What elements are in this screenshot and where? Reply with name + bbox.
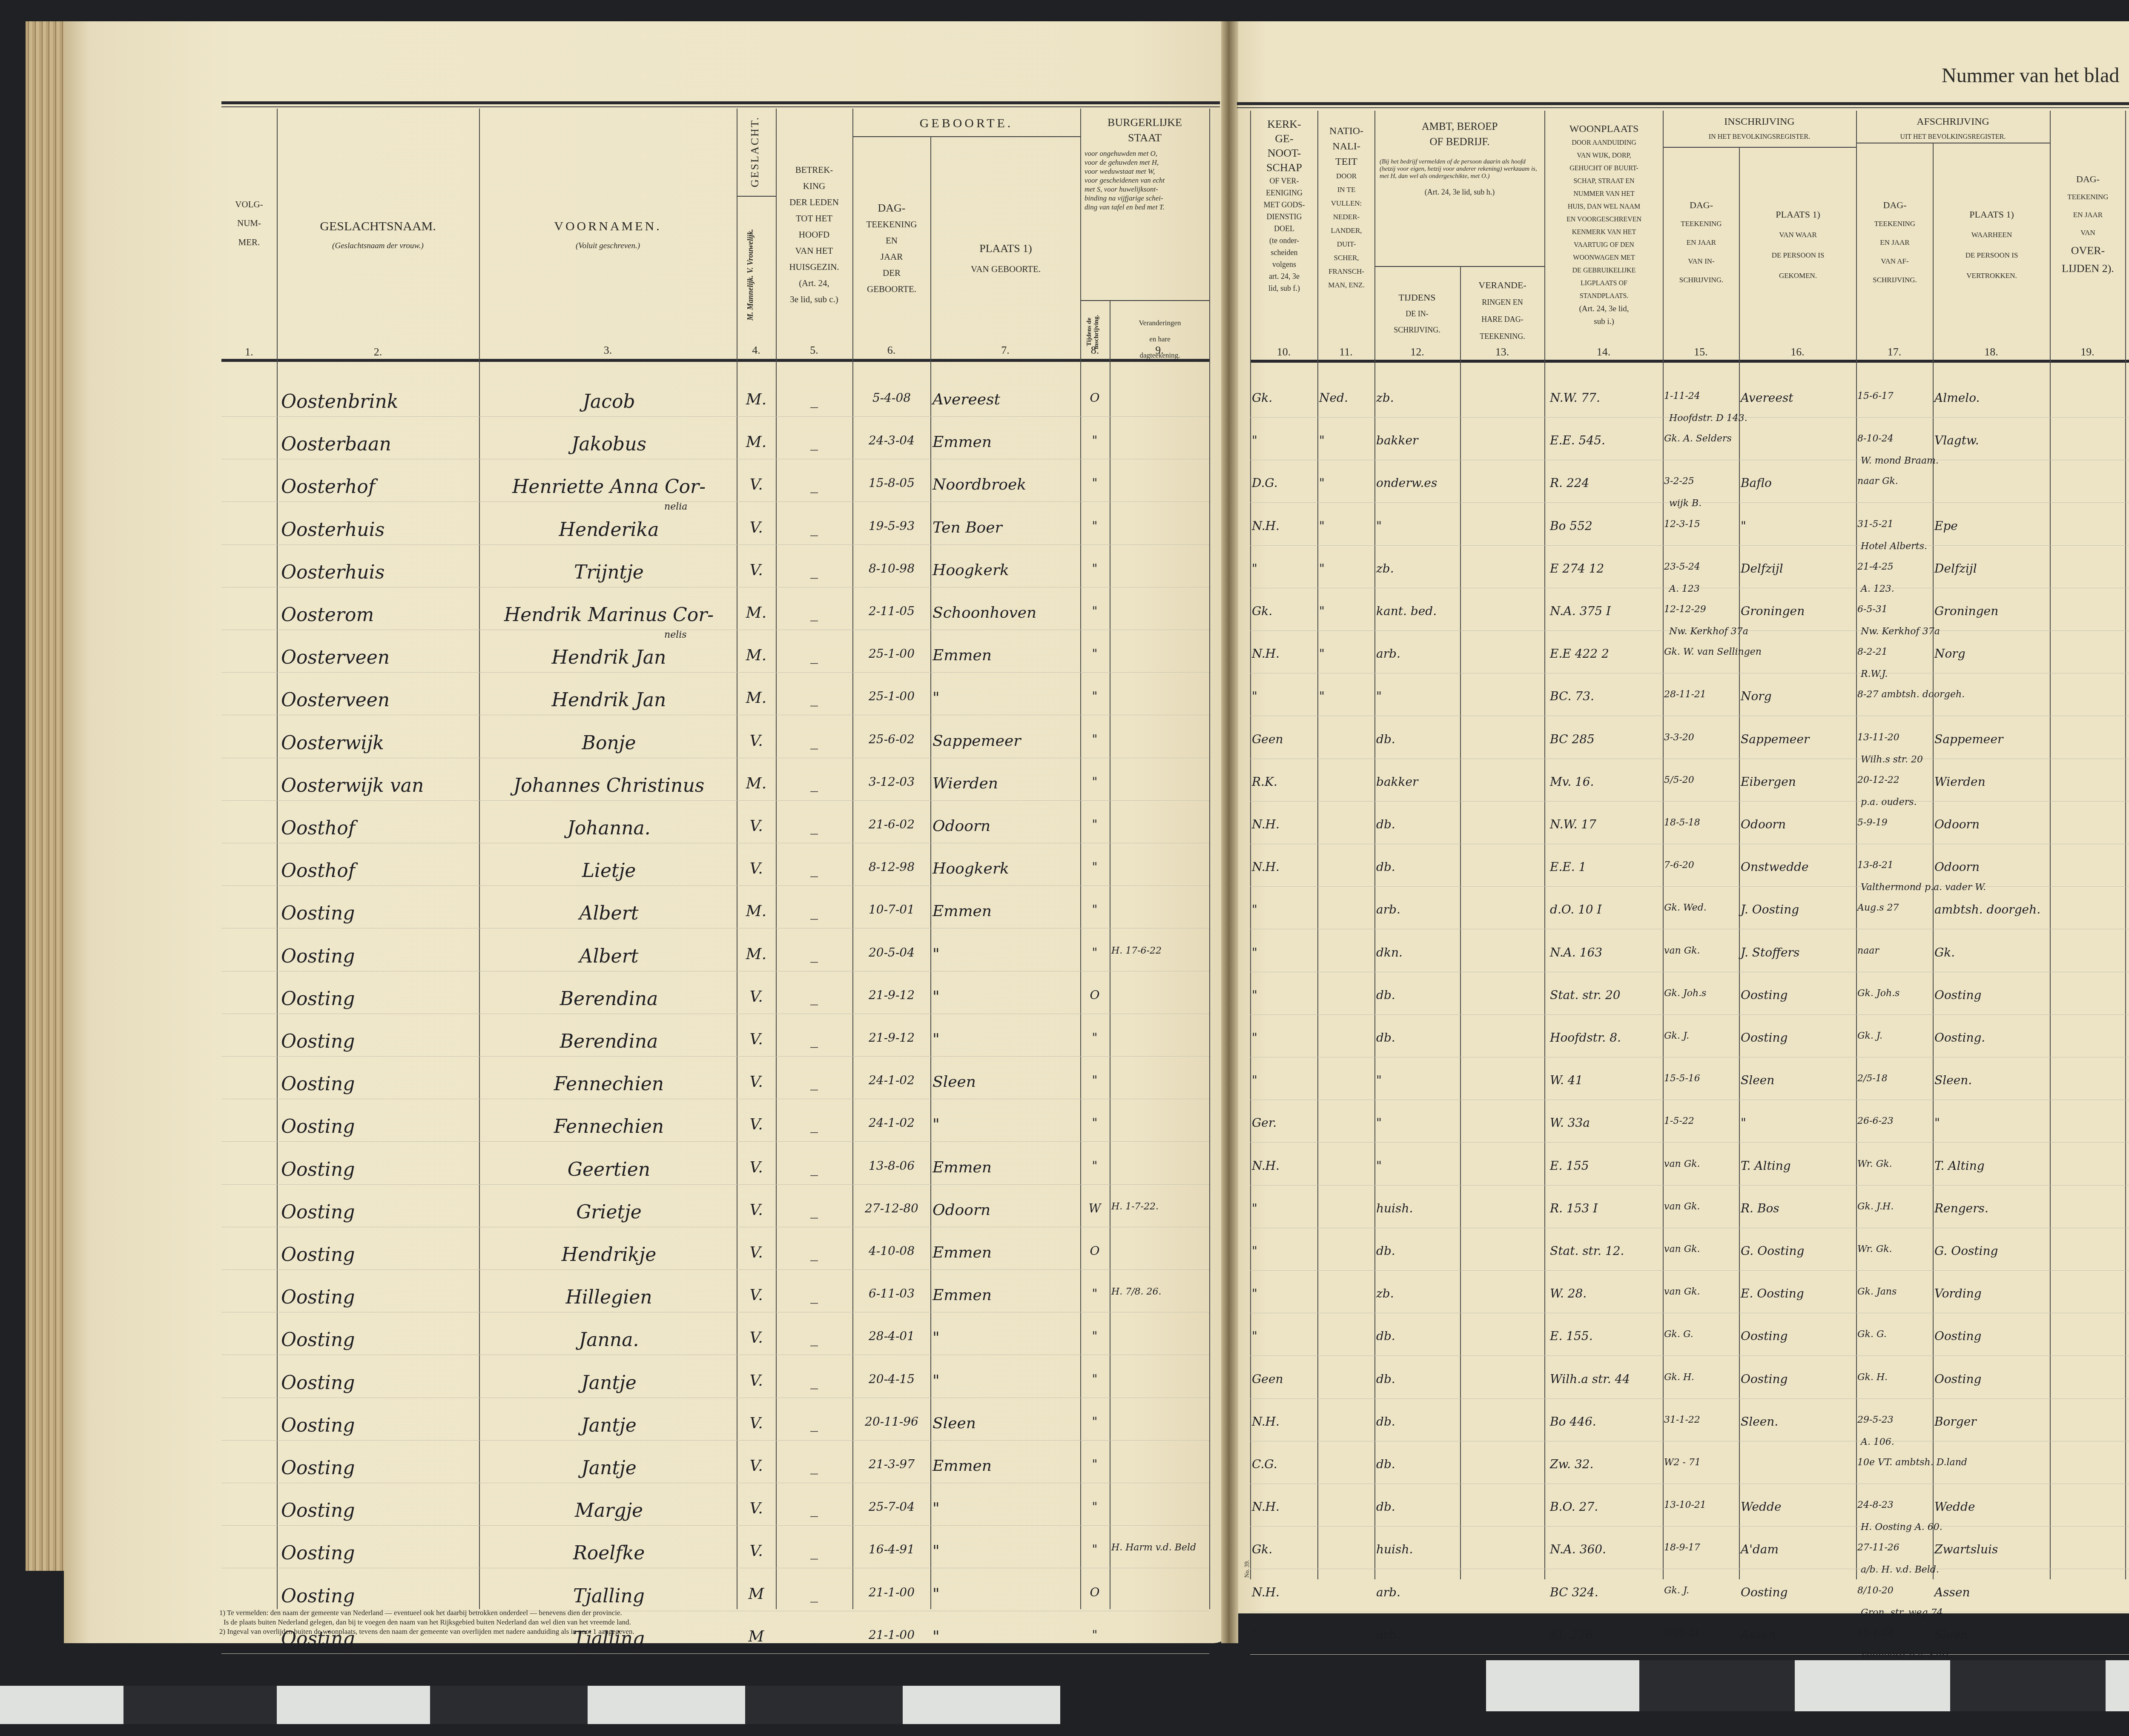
cell-rel: _ <box>777 1244 852 1261</box>
cell-out-date: 27-11-26 <box>1857 1542 1932 1553</box>
cell-in-place: Sleen. <box>1741 1415 1855 1429</box>
cell-bdate: 25-7-04 <box>853 1500 930 1514</box>
header-title: GESLACHTSNAAM. <box>277 217 479 236</box>
cell-out-date: 29-5-23 <box>1857 1415 1932 1425</box>
cell-given: Margje <box>481 1500 737 1521</box>
header-line: WOONWAGEN MET <box>1545 252 1663 264</box>
cell-civil: " <box>1081 775 1109 789</box>
col-num-18: 18. <box>1933 346 2050 358</box>
cell-sex: V. <box>737 476 775 493</box>
cell-address: Bo 446. <box>1550 1415 1661 1429</box>
sheet-number-label: Nummer van het blad <box>1942 64 2119 87</box>
header-line: KERK- <box>1251 117 1317 132</box>
cell-nat: " <box>1319 604 1374 618</box>
cell-in-place: Avereest <box>1741 391 1855 405</box>
header-overlijden: DAG- TEEKENING EN JAAR VAN OVER- LIJDEN … <box>2051 170 2125 278</box>
header-line: VAARTUIG OF DEN <box>1545 239 1663 252</box>
cell-address: E. 155. <box>1550 1329 1661 1343</box>
row-rule-right <box>1250 1484 2129 1484</box>
col-line <box>479 109 480 1609</box>
cell-civil: " <box>1081 476 1109 490</box>
cell-sex: V. <box>737 817 775 835</box>
header-line: EN JAAR <box>1664 233 1739 252</box>
header-plaats-van-waar: PLAATS 1) VAN WAAR DE PERSOON IS GEKOMEN… <box>1740 204 1856 286</box>
cell-out-date: 6-5-31 <box>1857 604 1932 615</box>
cell-out-date: Wr. Gk. <box>1857 1159 1932 1169</box>
cell-in-place: Oosting <box>1741 1031 1855 1045</box>
cell-out-place: Delfzijl <box>1934 561 2049 576</box>
header-burgerlijke-staat: BURGERLIJKE STAAT voor ongehuwden met O,… <box>1080 115 1209 212</box>
row-rule-right <box>1250 1313 2129 1313</box>
header-title: WOONPLAATS <box>1545 121 1663 137</box>
cell-surname: Oosting <box>281 1116 477 1137</box>
cell-given-cont: nelia <box>664 501 687 512</box>
cell-surname: Oosting <box>281 902 477 924</box>
row-rule-right <box>1250 1057 2129 1057</box>
row-rule-right <box>1250 972 2129 972</box>
col-num-17: 17. <box>1856 346 1933 358</box>
cell-civil-change: H. 1-7-22. <box>1111 1201 1208 1212</box>
cell-bdate: 10-7-01 <box>853 902 930 917</box>
col-num-13: 13. <box>1460 346 1544 358</box>
cell-bplace: Hoogkerk <box>933 860 1079 877</box>
cell-bplace: " <box>933 1031 1079 1048</box>
cell-rel: _ <box>777 775 852 792</box>
cell-bplace: " <box>933 1585 1079 1603</box>
header-line: RINGEN EN <box>1460 294 1544 311</box>
row-rule-left <box>221 1440 1209 1441</box>
row-rule-left <box>221 1355 1209 1355</box>
cell-sex: V. <box>737 860 775 877</box>
cell-out-date: 13-11-20 <box>1857 732 1932 743</box>
header-line: FRANSCH- <box>1318 265 1374 278</box>
cell-given: Hendrikje <box>481 1244 737 1266</box>
cell-in-date: 18-5-18 <box>1664 817 1739 828</box>
cell-in-place: Groningen <box>1741 604 1855 618</box>
cell-rel: _ <box>777 604 852 622</box>
cell-given: Grietje <box>481 1201 737 1223</box>
cell-surname: Oosting <box>281 1329 477 1351</box>
ambt-subrule <box>1374 266 1544 267</box>
header-line: EN VOORGESCHREVEN <box>1545 213 1663 226</box>
header-line: Veranderingen <box>1110 315 1209 331</box>
cell-in-note: Hoofdstr. D 143. <box>1669 413 1747 424</box>
cell-bplace: " <box>933 1372 1079 1389</box>
cell-civil: " <box>1081 1415 1109 1429</box>
cell-given: Henriette Anna Cor- <box>481 476 737 498</box>
header-volgnummer: VOLG- NUM- MER. <box>224 198 275 249</box>
cell-sex: M. <box>737 945 775 963</box>
cell-out-date: Gk. J. <box>1857 1031 1932 1041</box>
cell-surname: Oosting <box>281 1201 477 1223</box>
cell-bdate: 21-9-12 <box>853 1031 930 1045</box>
cell-rel: _ <box>777 433 852 451</box>
cell-surname: Oosting <box>281 1542 477 1564</box>
cell-bdate: 4-10-08 <box>853 1244 930 1258</box>
cell-surname: Oosterom <box>281 604 477 626</box>
header-line: NEDER- <box>1318 210 1374 224</box>
cell-given: Albert <box>481 902 737 924</box>
header-line: DIENSTIG <box>1251 211 1317 223</box>
row-rule-right <box>1250 545 2129 546</box>
cell-out-place: ambtsh. doorgeh. <box>1934 902 2049 917</box>
cell-surname: Oosting <box>281 1031 477 1052</box>
row-rule-left <box>221 928 1209 928</box>
cell-in-place: Oosting <box>1741 1372 1855 1386</box>
col-num-7: 7. <box>930 344 1080 357</box>
row-rule-right <box>1250 1526 2129 1527</box>
cell-sex: M. <box>737 433 775 451</box>
header-line: DER LEDEN <box>777 194 852 210</box>
cell-church: " <box>1252 1073 1317 1087</box>
cell-bdate: 28-4-01 <box>853 1329 930 1343</box>
cell-occ: db. <box>1376 860 1459 874</box>
cell-bplace: " <box>933 689 1079 707</box>
cell-in-place: R. Bos <box>1741 1201 1855 1215</box>
row-rule-left <box>221 1653 1209 1654</box>
inschrijving-subrule <box>1663 147 1856 148</box>
cell-out-place: Oosting <box>1934 988 2049 1002</box>
cell-in-place: J. Stoffers <box>1741 945 1855 960</box>
cell-out-note: Nw. Kerkhof 37a <box>1861 626 1940 637</box>
cell-out-place: Gk. <box>1934 945 2049 960</box>
header-line: NOOT- <box>1251 146 1317 160</box>
cell-rel: _ <box>777 817 852 835</box>
row-rule-left <box>221 416 1209 417</box>
cell-church: " <box>1252 1628 1317 1642</box>
col-line <box>2050 111 2051 1579</box>
cell-bplace: Wierden <box>933 775 1079 792</box>
header-line: TEEKENING <box>2051 188 2125 206</box>
cell-bdate: 6-11-03 <box>853 1286 930 1301</box>
header-bottom-rule-right <box>1250 360 2129 363</box>
row-rule-right <box>1250 1569 2129 1569</box>
cell-address: Hoofdstr. 8. <box>1550 1031 1661 1045</box>
cell-bdate: 2-11-05 <box>853 604 930 618</box>
cell-out-place: Rengers. <box>1934 1201 2049 1215</box>
col-line <box>930 136 931 1609</box>
col-num-3: 3. <box>479 344 737 357</box>
cell-civil: O <box>1081 391 1109 405</box>
cell-bplace: Odoorn <box>933 1201 1079 1219</box>
cell-bdate: 21-3-97 <box>853 1457 930 1471</box>
row-rule-left <box>221 544 1209 545</box>
cell-church: " <box>1252 1286 1317 1301</box>
header-line: GE- <box>1251 132 1317 146</box>
cell-civil: " <box>1081 433 1109 447</box>
cell-in-date: Gk. Joh.s <box>1664 988 1739 999</box>
cell-civil: " <box>1081 647 1109 661</box>
cell-sex: V. <box>737 1372 775 1389</box>
cell-church: " <box>1252 1329 1317 1343</box>
cell-sex: V. <box>737 732 775 750</box>
cell-in-date: van Gk. <box>1664 1286 1739 1297</box>
cell-surname: Oosting <box>281 945 477 967</box>
header-title: STAAT <box>1080 130 1209 146</box>
header-plaats-waarheen: PLAATS 1) WAARHEEN DE PERSOON IS VERTROK… <box>1934 204 2050 286</box>
row-rule-left <box>221 800 1209 801</box>
cell-sex: V. <box>737 1500 775 1517</box>
cell-given: Berendina <box>481 1031 737 1052</box>
header-line: EN JAAR <box>1857 233 1933 252</box>
cell-rel: _ <box>777 391 852 408</box>
cell-occ: db. <box>1376 1415 1459 1429</box>
row-rule-right <box>1250 460 2129 460</box>
cell-out-date: 8/10-20 <box>1857 1585 1932 1596</box>
cell-address: R. 153 I <box>1550 1201 1661 1215</box>
geslacht-subrule <box>737 196 776 197</box>
cell-out-date: Aug.s 27 <box>1857 902 1932 913</box>
header-line: NUMMER VAN HET <box>1545 188 1663 201</box>
header-dagteekening-inschrijving: DAG- TEEKENING EN JAAR VAN IN- SCHRIJVIN… <box>1664 196 1739 289</box>
cell-given: Geertien <box>481 1159 737 1180</box>
cell-occ: arb. <box>1376 1628 1459 1642</box>
cell-sex: M. <box>737 902 775 920</box>
cell-rel: _ <box>777 1031 852 1048</box>
cell-rel: _ <box>777 1159 852 1176</box>
cell-in-place: Oosting <box>1741 1585 1855 1599</box>
cell-surname: Oosting <box>281 988 477 1010</box>
cell-in-place: Onstwedde <box>1741 860 1855 874</box>
header-title: INSCHRIJVING <box>1663 114 1856 129</box>
cell-church: N.H. <box>1252 1500 1317 1514</box>
cell-bplace: " <box>933 1628 1079 1645</box>
cell-sex: V. <box>737 1073 775 1091</box>
row-rule-left <box>221 1141 1209 1142</box>
cell-out-date: 26-6-23 <box>1857 1116 1932 1126</box>
cell-bplace: Emmen <box>933 1286 1079 1304</box>
cell-occ: db. <box>1376 1329 1459 1343</box>
cell-given: Jacob <box>481 391 737 413</box>
cell-address: E.E. 1 <box>1550 860 1661 874</box>
cell-civil: " <box>1081 1159 1109 1173</box>
cell-out-place: Vording <box>1934 1286 2049 1301</box>
cell-out-date: 24-8-23 <box>1857 1500 1932 1510</box>
cell-in-date: Gk. J. <box>1664 1031 1739 1041</box>
cell-sex: V. <box>737 988 775 1006</box>
header-line: DAG- <box>1857 196 1933 215</box>
cell-church: Gk. <box>1252 604 1317 618</box>
ambt-article: (Art. 24, 3e lid, sub h.) <box>1376 184 1543 200</box>
cell-bplace: Schoonhoven <box>933 604 1079 622</box>
cell-out-date: 13-8-21 <box>1857 860 1932 871</box>
cell-in-date: 31-1-22 <box>1664 1415 1739 1425</box>
cell-occ: " <box>1376 1116 1459 1130</box>
cell-address: N.A. 375 I <box>1550 604 1661 618</box>
cell-given: Hendrik Marinus Cor- <box>481 604 737 626</box>
cell-rel: _ <box>777 1628 852 1645</box>
cell-church: R.K. <box>1252 775 1317 789</box>
calibration-scale-left <box>0 1686 1073 1724</box>
cell-in-date: 5/5-20 <box>1664 775 1739 785</box>
cell-rel: _ <box>777 647 852 664</box>
cell-civil-change: H. 17-6-22 <box>1111 945 1208 956</box>
cell-out-place: Odoorn <box>1934 817 2049 831</box>
cell-bplace: Sleen <box>933 1073 1079 1091</box>
cell-rel: _ <box>777 689 852 707</box>
col-line <box>1856 111 1857 1579</box>
cell-in-date: van Gk. <box>1664 945 1739 956</box>
header-line: MER. <box>224 236 275 249</box>
cell-address: W. 28. <box>1550 1286 1661 1301</box>
cell-church: " <box>1252 561 1317 576</box>
cell-sex: V. <box>737 1244 775 1261</box>
header-geslachtsnaam: GESLACHTSNAAM. (Geslachtsnaam der vrouw.… <box>277 217 479 252</box>
header-line: DOOR <box>1318 169 1374 183</box>
cell-church: " <box>1252 988 1317 1002</box>
cell-church: N.H. <box>1252 817 1317 831</box>
cell-in-place: Sleen <box>1741 1073 1855 1087</box>
col-num-19: 19. <box>2050 346 2125 358</box>
row-rule-right <box>1250 1654 2129 1655</box>
header-line: HOOFD <box>777 226 852 243</box>
cell-civil: " <box>1081 1500 1109 1514</box>
cell-given: Fennechien <box>481 1073 737 1095</box>
cell-out-place: Groningen <box>1934 604 2049 618</box>
cell-out-place: Odoorn <box>1934 860 2049 874</box>
cell-out-note: a/b. H. v.d. Beld. <box>1861 1564 1939 1575</box>
row-rule-left <box>221 1483 1209 1483</box>
cell-occ: db. <box>1376 988 1459 1002</box>
row-rule-right <box>1250 886 2129 887</box>
cell-sex: V. <box>737 1159 775 1176</box>
cell-occ: dkn. <box>1376 945 1459 960</box>
cell-out-place: Oosting <box>1934 1329 2049 1343</box>
cell-address: Stat. str. 20 <box>1550 988 1661 1002</box>
cell-in-note: wijk B. <box>1669 498 1701 509</box>
cell-out-date: 2/5-18 <box>1857 1073 1932 1084</box>
cell-in-place: Wedde <box>1741 1500 1855 1514</box>
cell-church: C.G. <box>1252 1457 1317 1471</box>
cell-out-note: Gron. str. weg 74. <box>1861 1607 1946 1618</box>
cell-church: " <box>1252 689 1317 703</box>
cell-in-place: Norg <box>1741 689 1855 703</box>
header-line: EN JAAR <box>2051 206 2125 224</box>
cell-given: Jantje <box>481 1372 737 1394</box>
cell-surname: Oosting <box>281 1372 477 1394</box>
header-line: LIJDEN 2). <box>2051 260 2125 278</box>
cell-surname: Oosterhof <box>281 476 477 498</box>
cell-surname: Oosterbaan <box>281 433 477 455</box>
row-rule-right <box>1250 1100 2129 1100</box>
cell-church: D.G. <box>1252 476 1317 490</box>
calibration-scale-right <box>1486 1660 2129 1711</box>
header-line: 3e lid, sub c.) <box>777 291 852 307</box>
row-rule-left <box>221 885 1209 886</box>
cell-bdate: 3-12-03 <box>853 775 930 789</box>
header-line: DOOR AANDUIDING <box>1545 137 1663 149</box>
cell-nat: " <box>1319 647 1374 661</box>
cell-bdate: 5-4-08 <box>853 391 930 405</box>
cell-address: W. 41 <box>1550 1073 1661 1087</box>
cell-in-date: 23-5-24 <box>1664 561 1739 572</box>
header-line: TEEKENING <box>853 216 930 232</box>
cell-bplace: Emmen <box>933 647 1079 664</box>
cell-in-note: Nw. Kerkhof 37a <box>1669 626 1748 637</box>
header-line: VERANDE- <box>1460 277 1544 294</box>
col-line <box>1739 147 1740 1579</box>
header-line: HUISGEZIN. <box>777 259 852 275</box>
cell-surname: Oosterhuis <box>281 519 477 541</box>
cell-church: N.H. <box>1252 519 1317 533</box>
cell-given: Hendrik Jan <box>481 689 737 711</box>
cell-in-date: 1-11-24 <box>1664 391 1739 401</box>
header-subtitle: UIT HET BEVOLKINGSREGISTER. <box>1856 129 2050 145</box>
cell-sex: M <box>737 1628 775 1645</box>
cell-in-date: 28-11-21 <box>1664 689 1739 700</box>
col-num-5: 5. <box>776 344 852 357</box>
cell-out-date: 21-4-25 <box>1857 561 1932 572</box>
cell-out-place: Assen <box>1934 1585 2049 1599</box>
cell-church: " <box>1252 433 1317 447</box>
header-line: (Art. 24, 5e lid.) <box>2126 231 2129 250</box>
row-rule-left <box>221 1269 1209 1270</box>
col-num-15: 15. <box>1663 346 1739 358</box>
cell-church: Geen <box>1252 1372 1317 1386</box>
cell-occ: db. <box>1376 732 1459 746</box>
cell-in-place: Oosting <box>1741 988 1855 1002</box>
cell-bplace: Emmen <box>933 1457 1079 1475</box>
cell-in-date: 3-3-20 <box>1664 732 1739 743</box>
col-num-20: 20. <box>2125 346 2129 358</box>
header-nationaliteit: NATIO- NALI- TEIT DOOR IN TE VULLEN: NED… <box>1318 123 1374 292</box>
cell-church: Gk. <box>1252 1542 1317 1556</box>
header-line: VAN IN- <box>1664 252 1739 271</box>
cell-in-place: " <box>1741 1116 1855 1130</box>
header-line: TEEKENING. <box>1460 328 1544 345</box>
cell-out-place: Oosting. <box>1934 1031 2049 1045</box>
cell-bplace: Noordbroek <box>933 476 1079 493</box>
header-line: VAN WAAR <box>1740 225 1856 245</box>
cell-bdate: 19-5-93 <box>853 519 930 533</box>
cell-address: BC 324. <box>1550 1585 1661 1599</box>
header-line: TIJDENS <box>1374 289 1460 306</box>
header-line: KENMERK VAN HET <box>1545 226 1663 239</box>
cell-bdate: 25-1-00 <box>853 647 930 661</box>
cell-in-date: 15-5-16 <box>1664 1073 1739 1084</box>
table-top-thin-rule-left <box>221 106 1220 107</box>
cell-bplace: " <box>933 1116 1079 1133</box>
cell-bdate: 20-5-04 <box>853 945 930 960</box>
cell-civil: W <box>1081 1201 1109 1215</box>
cell-church: N.H. <box>1252 1415 1317 1429</box>
cell-out-date: Gk. Joh.s <box>1857 988 1932 999</box>
cell-bplace: Sappemeer <box>933 732 1079 750</box>
col-line <box>1250 111 1251 1579</box>
cell-given: Bonje <box>481 732 737 754</box>
header-subtitle: (Geslachtsnaam der vrouw.) <box>277 240 479 252</box>
cell-in-date: 12-12-29 <box>1664 604 1739 615</box>
col-num-16: 16. <box>1739 346 1856 358</box>
header-line: PLAATS 1) <box>1740 204 1856 225</box>
cell-surname: Oosting <box>281 1500 477 1521</box>
col-num-14: 14. <box>1544 346 1663 358</box>
cell-out-date: naar <box>1857 945 1932 956</box>
cell-in-place: Oosting <box>1741 1329 1855 1343</box>
cell-occ: " <box>1376 1073 1459 1087</box>
book-gutter <box>1221 21 1238 1643</box>
row-rule-left <box>221 1312 1209 1312</box>
header-line: WAARHEEN <box>1934 225 2050 245</box>
cell-sex: M. <box>737 689 775 707</box>
cell-given: Jantje <box>481 1457 737 1479</box>
header-woonplaats: WOONPLAATS DOOR AANDUIDING VAN WIJK, DOR… <box>1545 121 1663 328</box>
cell-given-cont: nelis <box>664 630 687 640</box>
header-line: DE IN- <box>1374 306 1460 322</box>
cell-nat: " <box>1319 476 1374 490</box>
header-line: MAN, ENZ. <box>1318 278 1374 292</box>
row-rule-left <box>221 1227 1209 1227</box>
